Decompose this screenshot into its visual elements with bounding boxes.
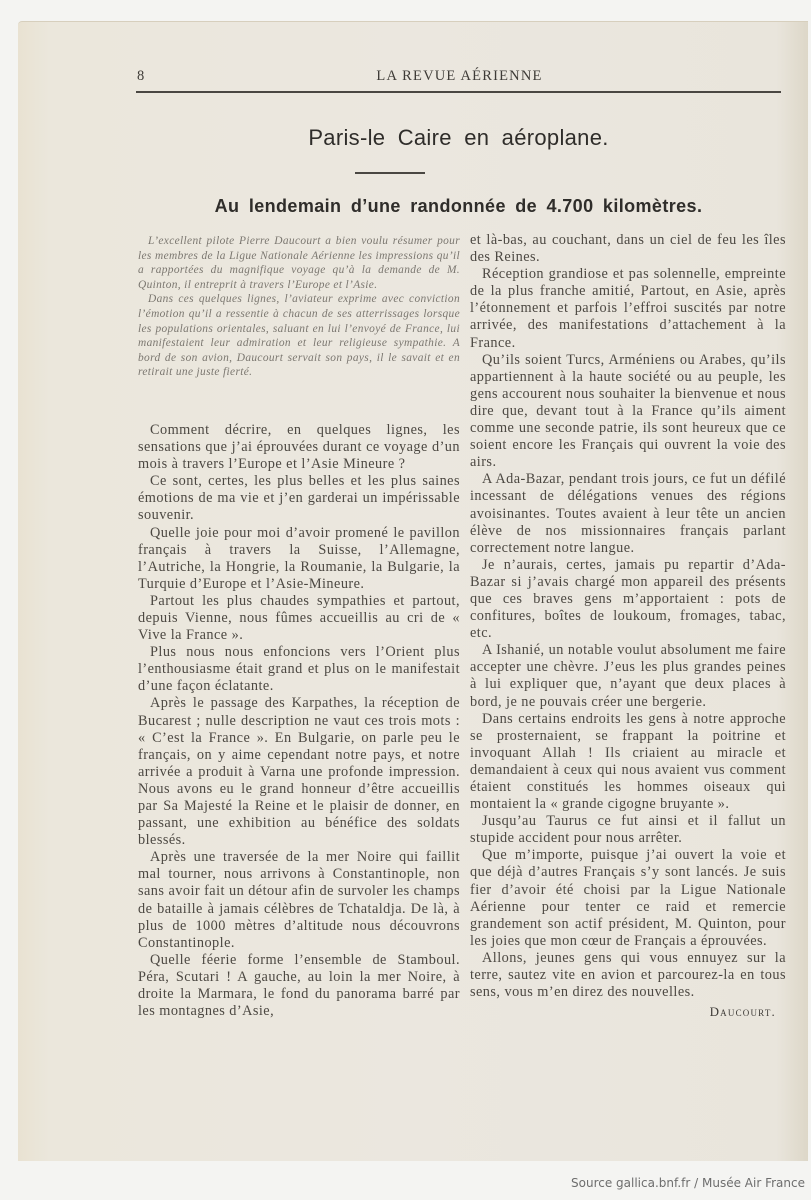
author-signature: Daucourt. bbox=[470, 1004, 786, 1020]
running-head: 8 LA REVUE AÉRIENNE bbox=[137, 68, 782, 88]
paragraph: Ce sont, certes, les plus belles et les … bbox=[138, 473, 460, 524]
paragraph: Partout les plus chaudes sympathies et p… bbox=[138, 593, 460, 644]
intro-paragraph: Dans ces quelques lignes, l’aviateur exp… bbox=[138, 292, 460, 380]
paragraph: Quelle joie pour moi d’avoir promené le … bbox=[138, 525, 460, 593]
left-column: L’excellent pilote Pierre Daucourt a bie… bbox=[138, 234, 460, 1020]
right-column: et là-bas, au couchant, dans un ciel de … bbox=[470, 232, 786, 1020]
body-text-right: et là-bas, au couchant, dans un ciel de … bbox=[470, 232, 786, 1001]
journal-title: LA REVUE AÉRIENNE bbox=[137, 68, 782, 85]
paragraph-continuation: et là-bas, au couchant, dans un ciel de … bbox=[470, 232, 786, 266]
header-rule bbox=[136, 91, 781, 93]
intro-italic: L’excellent pilote Pierre Daucourt a bie… bbox=[138, 234, 460, 380]
paragraph: Que m’importe, puisque j’ai ouvert la vo… bbox=[470, 847, 786, 950]
paragraph: Dans certains endroits les gens à notre … bbox=[470, 711, 786, 814]
intro-paragraph: L’excellent pilote Pierre Daucourt a bie… bbox=[138, 234, 460, 292]
paragraph: Réception grandiose et pas solennelle, e… bbox=[470, 266, 786, 351]
article-title: Paris-le Caire en aéroplane. bbox=[136, 125, 781, 151]
body-text-left: Comment décrire, en quelques lignes, les… bbox=[138, 422, 460, 1020]
paragraph: Après une traversée de la mer Noire qui … bbox=[138, 849, 460, 952]
paragraph: Qu’ils soient Turcs, Arméniens ou Arabes… bbox=[470, 352, 786, 472]
paragraph: A Ishanié, un notable voulut absolument … bbox=[470, 642, 786, 710]
paragraph: Allons, jeunes gens qui vous ennuyez sur… bbox=[470, 950, 786, 1001]
paragraph: Comment décrire, en quelques lignes, les… bbox=[138, 422, 460, 473]
article-subtitle: Au lendemain d’une randonnée de 4.700 ki… bbox=[136, 196, 781, 217]
paragraph: Je n’aurais, certes, jamais pu repartir … bbox=[470, 557, 786, 642]
title-rule bbox=[355, 172, 425, 174]
paragraph: Plus nous nous enfoncions vers l’Orient … bbox=[138, 644, 460, 695]
paragraph: Jusqu’au Taurus ce fut ainsi et il fallu… bbox=[470, 813, 786, 847]
paragraph: A Ada-Bazar, pendant trois jours, ce fut… bbox=[470, 471, 786, 556]
paragraph: Quelle féerie forme l’ensemble de Stambo… bbox=[138, 952, 460, 1020]
source-credit: Source gallica.bnf.fr / Musée Air France bbox=[571, 1176, 805, 1190]
paragraph: Après le passage des Karpathes, la récep… bbox=[138, 695, 460, 849]
